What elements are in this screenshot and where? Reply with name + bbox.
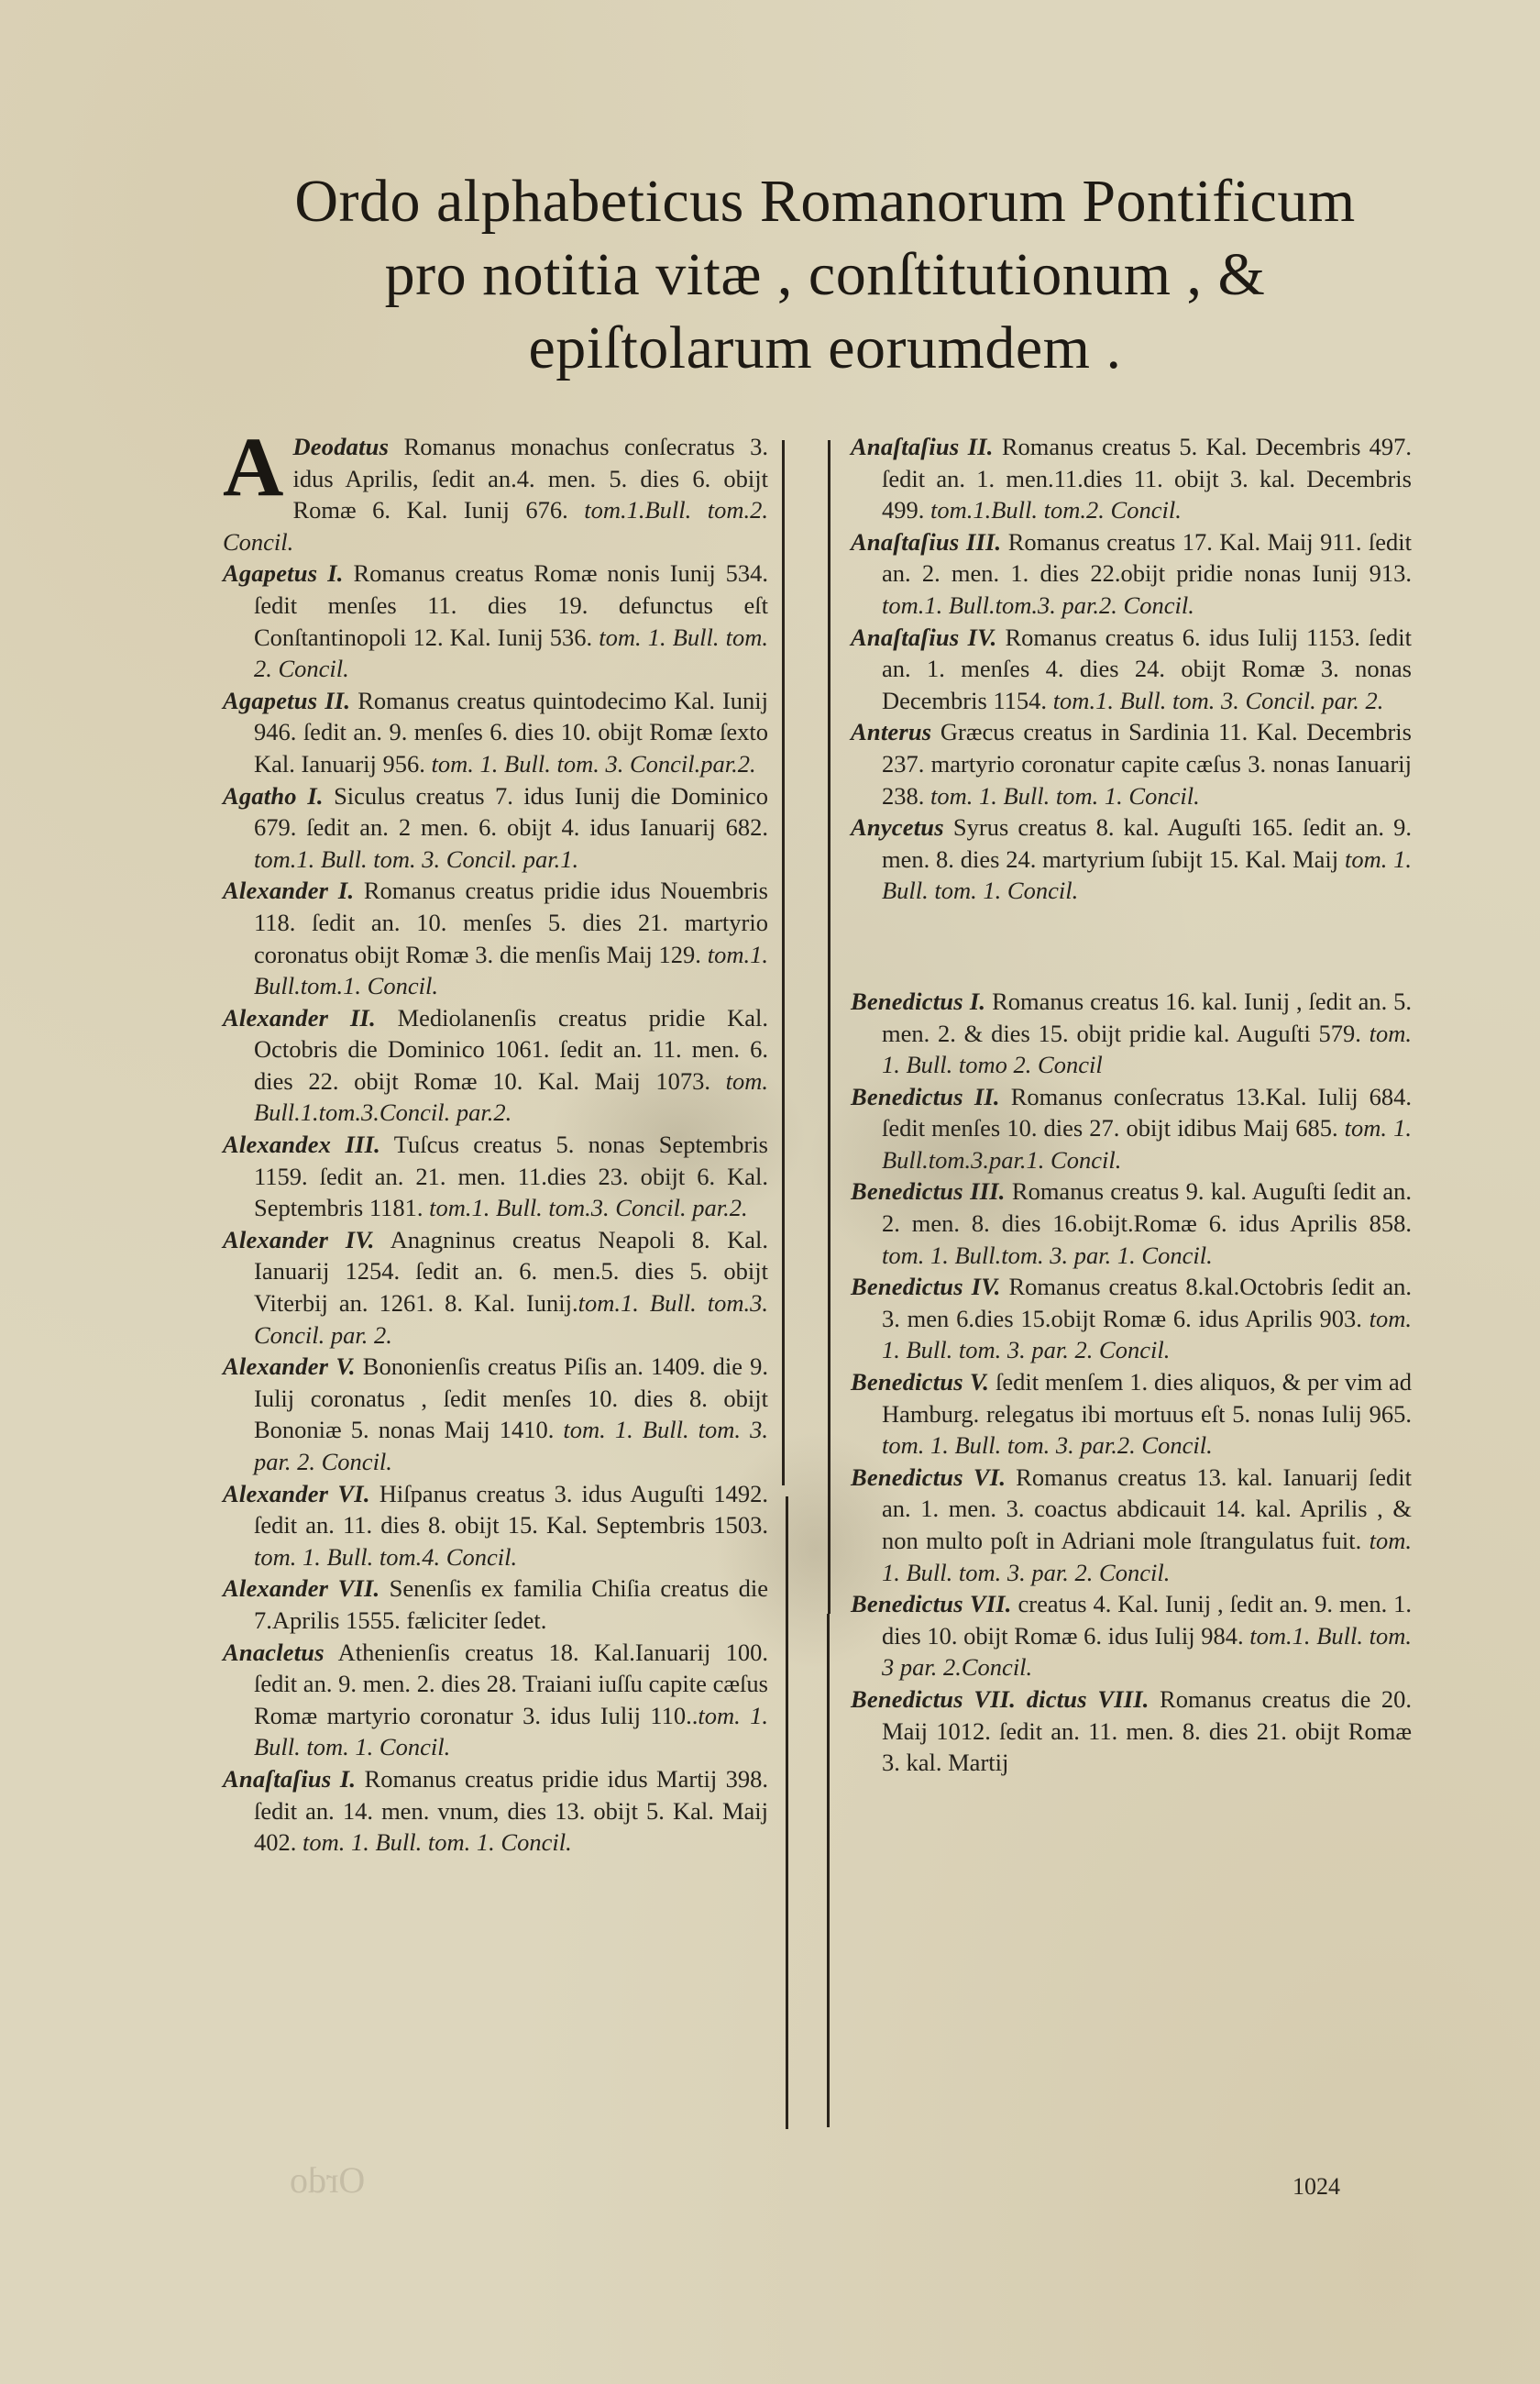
bleed-through-text: Ordo [290,2158,365,2202]
left-column: ADeodatus Romanus monachus conſecratus 3… [223,431,768,1859]
pope-name: Anaſtaſius III. [851,528,1001,556]
entry-reference: tom. 1. Bull. tom. 1. Concil. [924,782,1199,810]
pope-entry: Benedictus VII. creatus 4. Kal. Iunij , … [851,1588,1412,1683]
column-rule-right-lower [827,1614,830,2127]
pope-entry: Benedictus VII. dictus VIII. Romanus cre… [851,1683,1412,1779]
pope-name: Anaſtaſius IV. [851,624,996,651]
pope-entry: Benedictus I. Romanus creatus 16. kal. I… [851,986,1412,1081]
entry-reference: tom.1. Bull. tom. 3. Concil. par. 2. [1047,687,1383,714]
entry-reference: tom. 1. Bull. tom. 3. par.2. Concil. [882,1431,1213,1459]
pope-name: Benedictus VII. [851,1590,1012,1617]
pope-entry: Benedictus II. Romanus conſecratus 13.Ka… [851,1081,1412,1176]
pope-name: Anaſtaſius I. [223,1765,356,1793]
pope-name: Deodatus [292,433,389,460]
pope-entry: Anaſtaſius II. Romanus creatus 5. Kal. D… [851,431,1412,526]
pope-name: Anterus [851,718,931,745]
column-rule-right [828,440,830,1614]
book-page: Ordo alphabeticus Romanorum Pontificum p… [0,0,1540,2384]
pope-entry: Agatho I. Siculus creatus 7. idus Iunij … [223,780,768,876]
column-rule-left [782,440,785,1485]
page-title: Ordo alphabeticus Romanorum Pontificum p… [183,165,1467,385]
pope-entry: Alexander VII. Senenſis ex familia Chiſi… [223,1573,768,1636]
pope-entry: Anaſtaſius I. Romanus creatus pridie idu… [223,1763,768,1859]
entry-reference: tom. 1. Bull. tom.4. Concil. [254,1543,517,1571]
pope-entry: Anterus Græcus creatus in Sardinia 11. K… [851,716,1412,811]
pope-entry: Anaſtaſius IV. Romanus creatus 6. idus I… [851,622,1412,717]
pope-entry: Anaſtaſius III. Romanus creatus 17. Kal.… [851,526,1412,622]
pope-entry: ADeodatus Romanus monachus conſecratus 3… [223,431,768,557]
entry-reference: tom. 1. Bull. tom. 1. Concil. [296,1828,571,1856]
entry-reference: tom.1. Bull. tom.3. Concil. par.2. [423,1194,748,1221]
pope-entry: Alexander II. Mediolanenſis creatus prid… [223,1002,768,1129]
pope-name: Anaſtaſius II. [851,433,994,460]
pope-name: Benedictus III. [851,1177,1006,1205]
column-rule-left-lower [786,1496,788,2129]
title-line-2: pro notitia vitæ , conſtitutionum , & [183,238,1467,312]
entry-reference: tom.1.Bull. tom.2. Concil. [924,496,1181,524]
pope-entry: Alexander VI. Hiſpanus creatus 3. idus A… [223,1478,768,1573]
drop-cap: A [223,436,283,497]
catchword: 1024 [1292,2173,1340,2201]
pope-name: Agatho I. [223,782,324,810]
right-column: Anaſtaſius II. Romanus creatus 5. Kal. D… [851,431,1412,1779]
pope-name: Alexander IV. [223,1226,375,1253]
pope-name: Benedictus IV. [851,1273,1001,1300]
section-gap [851,907,1412,986]
pope-name: Benedictus II. [851,1083,1000,1110]
entry-reference: tom. 1. Bull. tom. 3. Concil.par.2. [425,750,756,778]
pope-entry: Agapetus I. Romanus creatus Romæ nonis I… [223,557,768,684]
pope-name: Agapetus I. [223,559,344,587]
pope-entry: Alexandex III. Tuſcus creatus 5. nonas S… [223,1129,768,1224]
pope-entry: Anacletus Athenienſis creatus 18. Kal.Ia… [223,1637,768,1763]
entry-reference: tom. 1. Bull.tom. 3. par. 1. Concil. [882,1242,1213,1269]
pope-entry: Agapetus II. Romanus creatus quintodecim… [223,685,768,780]
title-line-1: Ordo alphabeticus Romanorum Pontificum [183,165,1467,238]
pope-entry: Benedictus V. ſedit menſem 1. dies aliqu… [851,1366,1412,1462]
title-line-3: epiſtolarum eorumdem . [183,312,1467,385]
pope-entry: Benedictus III. Romanus creatus 9. kal. … [851,1175,1412,1271]
pope-name: Alexander II. [223,1004,376,1032]
pope-name: Alexander I. [223,877,354,904]
entry-reference: tom.1. Bull. tom. 3. Concil. par.1. [254,845,578,873]
pope-name: Benedictus V. [851,1368,989,1396]
pope-name: Alexander VII. [223,1574,379,1602]
pope-name: Benedictus VII. dictus VIII. [851,1685,1149,1713]
entry-reference: tom.1. Bull.tom.3. par.2. Concil. [882,591,1194,619]
entry-text: Athenienſis creatus 18. Kal.Ianuarij 100… [254,1639,768,1729]
pope-name: Alexandex III. [223,1131,380,1158]
entry-text: Syrus creatus 8. kal. Auguſti 165. ſedit… [882,813,1412,873]
entry-text: Siculus creatus 7. idus Iunij die Domini… [254,782,768,842]
pope-name: Anycetus [851,813,944,841]
pope-name: Anacletus [223,1639,324,1666]
pope-name: Agapetus II. [223,687,350,714]
pope-entry: Benedictus VI. Romanus creatus 13. kal. … [851,1462,1412,1588]
pope-entry: Anycetus Syrus creatus 8. kal. Auguſti 1… [851,811,1412,907]
pope-entry: Alexander IV. Anagninus creatus Neapoli … [223,1224,768,1351]
pope-name: Benedictus I. [851,988,985,1015]
pope-entry: Alexander V. Bononienſis creatus Piſis a… [223,1351,768,1477]
pope-name: Benedictus VI. [851,1463,1006,1491]
pope-name: Alexander V. [223,1352,356,1380]
pope-entry: Benedictus IV. Romanus creatus 8.kal.Oct… [851,1271,1412,1366]
pope-name: Alexander VI. [223,1480,370,1507]
pope-entry: Alexander I. Romanus creatus pridie idus… [223,875,768,1001]
